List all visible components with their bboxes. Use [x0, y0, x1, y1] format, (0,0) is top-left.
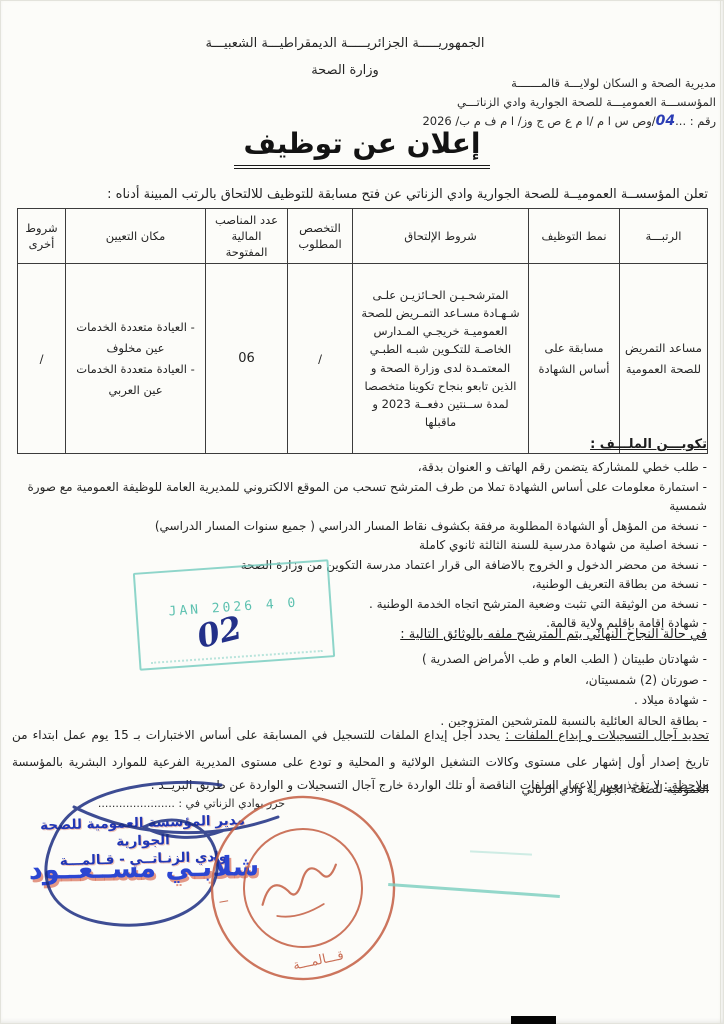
scan-edge-line [720, 0, 721, 1024]
cell-conditions: المترشحـيـن الحـائزيـن علـى شـهـادة مسـا… [353, 264, 529, 454]
reference-prefix: رقم : ... [675, 114, 716, 128]
table-row: مساعد التمريض للصحة العمومية مسابقة على … [18, 264, 708, 454]
scan-black-bar [511, 1016, 556, 1024]
col-header-other: شروط أخرى [18, 209, 66, 264]
file-item: - نسخة من بطاقة التعريف الوطنية، [14, 575, 707, 595]
teal-scan-mark-faint [470, 850, 532, 855]
col-header-rank: الرتبـــة [620, 209, 708, 264]
file-section-title: تكويـــن الملـــف : [590, 437, 707, 452]
file-item: - استمارة معلومات على أساس الشهادة تملا … [14, 478, 707, 517]
col-header-specialty: التخصص المطلوب [288, 209, 353, 264]
cell-positions: 06 [206, 264, 288, 454]
file-item: - طلب خطي للمشاركة يتضمن رقم الهاتف و ال… [14, 458, 707, 478]
cell-mode: مسابقة على أساس الشهادة [529, 264, 620, 454]
col-header-positions: عدد المناصب المالية المفتوحة [206, 209, 288, 264]
cell-other: / [18, 264, 66, 454]
deadline-lead: تحديد آجال التسجيلات و إيداع الملفات : [505, 728, 709, 742]
teal-scan-mark [388, 883, 560, 898]
round-official-stamp: المؤسسة العمومية للصحة الجوارية وادي الز… [182, 773, 423, 1004]
success-section-title: في حالة النجاح النهائي يتم المترشح ملفه … [400, 627, 707, 642]
col-header-location: مكان التعيين [66, 209, 206, 264]
title-block: إعلان عن توظيف [0, 127, 724, 169]
file-item: - نسخة من الوثيقة التي تثبت وضعية المترش… [14, 595, 707, 615]
intro-text: تعلن المؤسســة العموميــة للصحة الجوارية… [16, 187, 708, 202]
document-page: الجمهوريـــــة الجزائريـــــة الديمقراطي… [0, 0, 724, 1024]
establishment-line: المؤسســـة العموميـــة للصحة الجوارية وا… [371, 93, 716, 112]
file-item: - نسخة من محضر الدخول و الخروج بالاضافة … [14, 556, 707, 576]
file-list: - طلب خطي للمشاركة يتضمن رقم الهاتف و ال… [14, 458, 707, 634]
directorate-line: مديرية الصحة و السكان لولايـــة قالمــــ… [371, 74, 716, 93]
col-header-conditions: شروط الإلتحاق [353, 209, 529, 264]
recruitment-table: الرتبـــة نمط التوظيف شروط الإلتحاق التخ… [17, 208, 708, 454]
cell-location: - العيادة متعددة الخدمات عين مخلوف - الع… [66, 264, 206, 454]
file-item: - نسخة اصلية من شهادة مدرسية للسنة الثال… [14, 536, 707, 556]
reference-suffix: /وص س ا م /ا م ع ص ج وز/ ا م ف م ب/ 2026 [422, 114, 655, 128]
note-lead: ملاحظة : [664, 778, 709, 792]
col-header-mode: نمط التوظيف [529, 209, 620, 264]
table-header-row: الرتبـــة نمط التوظيف شروط الإلتحاق التخ… [18, 209, 708, 264]
cell-specialty: / [288, 264, 353, 454]
success-item: - شهادة ميلاد . [14, 690, 707, 711]
republic-line: الجمهوريـــــة الجزائريـــــة الديمقراطي… [190, 30, 500, 57]
issuer-header: مديرية الصحة و السكان لولايـــة قالمــــ… [371, 74, 716, 131]
round-stamp-bottom-text: قـــالمـــة [292, 948, 345, 973]
success-list: - شهادتان طبيتان ( الطب العام و طب الأمر… [14, 649, 707, 731]
success-item: - صورتان (2) شمسيتان، [14, 670, 707, 691]
success-item: - شهادتان طبيتان ( الطب العام و طب الأمر… [14, 649, 707, 670]
page-title: إعلان عن توظيف [234, 127, 491, 169]
file-item: - نسخة من المؤهل أو الشهادة المطلوبة مرف… [14, 517, 707, 537]
cell-rank: مساعد التمريض للصحة العمومية [620, 264, 708, 454]
